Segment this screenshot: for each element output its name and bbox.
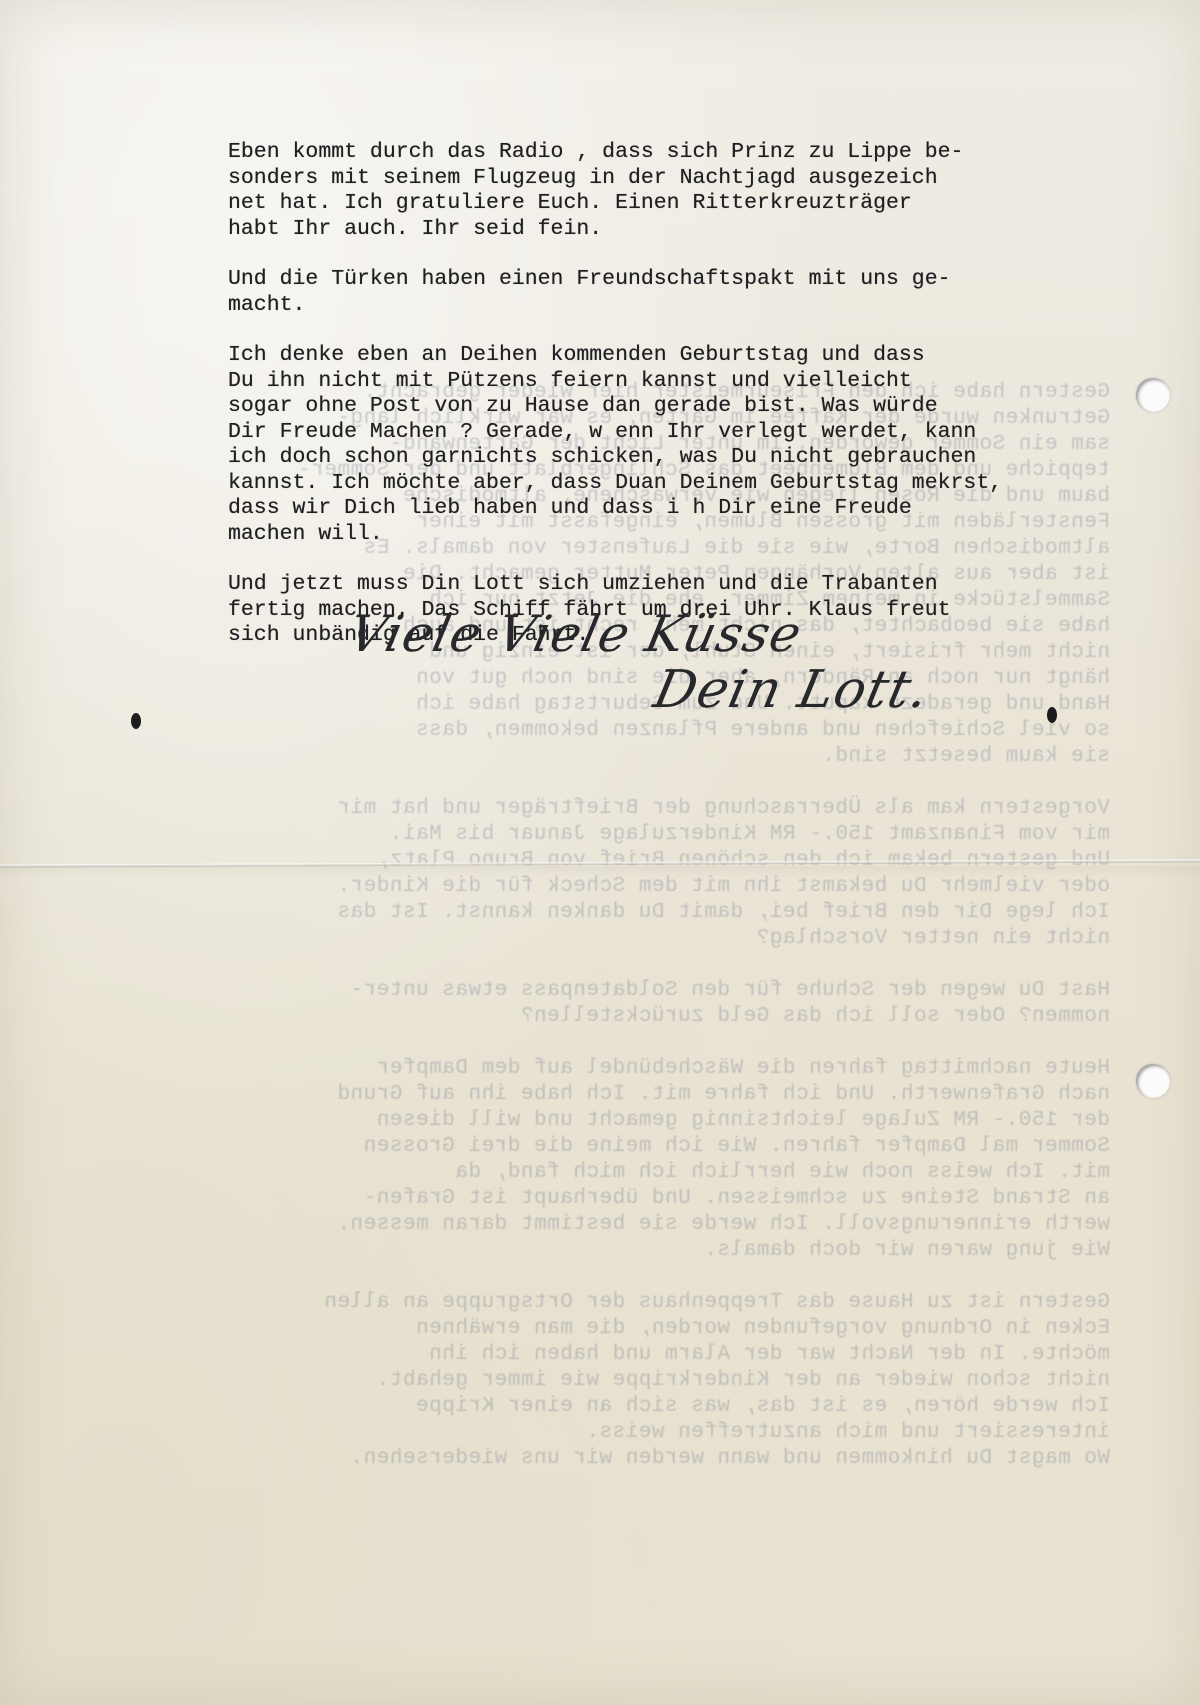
letter-body: Eben kommt durch das Radio , dass sich P… bbox=[228, 140, 1128, 674]
paragraph-birthday: Ich denke eben an Deihen kommenden Gebur… bbox=[228, 343, 1128, 547]
handwritten-greeting: Viele Viele Küsse bbox=[344, 605, 807, 663]
letter-line: sonders mit seinem Flugzeug in der Nacht… bbox=[228, 166, 1128, 192]
letter-page: Gestern habe ich den Friseurmeister hier… bbox=[0, 0, 1200, 1705]
letter-line: Du ihn nicht mit Pützens feiern kannst u… bbox=[228, 369, 1128, 395]
ink-dot-left bbox=[131, 713, 141, 729]
letter-line: ich doch schon garnichts schicken, was D… bbox=[228, 445, 1128, 471]
letter-line: macht. bbox=[228, 293, 1128, 319]
punch-hole-upper bbox=[1136, 378, 1170, 412]
letter-line: sogar ohne Post von zu Hause dan gerade … bbox=[228, 394, 1128, 420]
letter-line: dass wir Dich lieb haben und dass i h Di… bbox=[228, 496, 1128, 522]
paragraph-radio-news: Eben kommt durch das Radio , dass sich P… bbox=[228, 140, 1128, 242]
letter-line: net hat. Ich gratuliere Euch. Einen Ritt… bbox=[228, 191, 1128, 217]
punch-hole-lower bbox=[1136, 1064, 1170, 1098]
letter-line: kannst. Ich möchte aber, dass Duan Deine… bbox=[228, 471, 1128, 497]
letter-line: Dir Freude Machen ? Gerade, w enn Ihr ve… bbox=[228, 420, 1128, 446]
handwritten-signature: Dein Lott. bbox=[649, 660, 935, 720]
letter-line: Ich denke eben an Deihen kommenden Gebur… bbox=[228, 343, 1128, 369]
letter-line: Und jetzt muss Din Lott sich umziehen un… bbox=[228, 572, 1128, 598]
letter-line: habt Ihr auch. Ihr seid fein. bbox=[228, 217, 1128, 243]
letter-line: Eben kommt durch das Radio , dass sich P… bbox=[228, 140, 1128, 166]
letter-line: Und die Türken haben einen Freundschafts… bbox=[228, 267, 1128, 293]
fold-shadow bbox=[0, 866, 1200, 878]
paragraph-turkey-pact: Und die Türken haben einen Freundschafts… bbox=[228, 267, 1128, 318]
letter-line: machen will. bbox=[228, 522, 1128, 548]
ink-dot-right bbox=[1047, 707, 1057, 723]
